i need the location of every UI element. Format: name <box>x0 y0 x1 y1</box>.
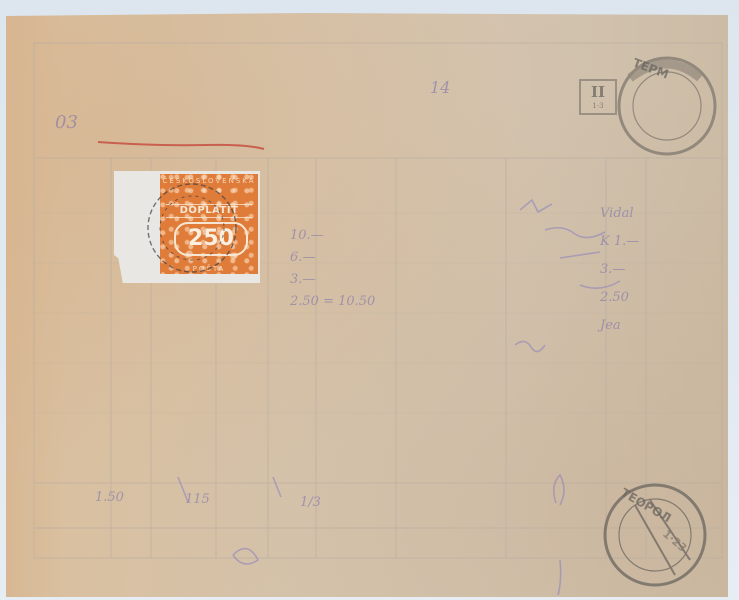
handwritten-row: Jea <box>600 312 639 340</box>
postage-due-stamp: ČESKOSLOVENSKÁ DOPLATIT 250 POŠTA <box>160 174 258 274</box>
handwritten-row: K 1.— <box>600 228 639 256</box>
handwritten-row: 2.50 = 10.50 <box>290 291 375 313</box>
handwritten-row: 3.— <box>290 269 375 291</box>
handwritten-row: 2.50 <box>600 284 639 312</box>
handwritten-bottom-3: 1/3 <box>300 495 321 510</box>
handwritten-middle-rows: 10.— 6.— 3.— 2.50 = 10.50 <box>290 225 375 313</box>
stamp-country-text: ČESKOSLOVENSKÁ <box>160 177 258 185</box>
stamp-word: DOPLATIT <box>166 204 252 218</box>
boxed-mark-numeral: II <box>591 83 605 101</box>
stamp-bottom-text: POŠTA <box>160 265 258 273</box>
handwritten-bottom-2: 115 <box>185 492 210 507</box>
handwritten-right-column: Vidal K 1.— 3.— 2.50 Jea <box>600 200 639 340</box>
handwritten-row: 3.— <box>600 256 639 284</box>
boxed-mark: II 1·3 <box>579 79 617 115</box>
stamp-value: 250 <box>174 222 248 256</box>
handwritten-top-left: 03 <box>55 112 78 133</box>
red-pencil-stroke <box>98 142 264 149</box>
boxed-mark-sub: 1·3 <box>581 103 615 109</box>
handwritten-row: Vidal <box>600 200 639 228</box>
handwritten-bottom-1: 1.50 <box>95 490 124 505</box>
handwritten-row: 10.— <box>290 225 375 247</box>
handwritten-top-mid: 14 <box>430 78 450 97</box>
handwritten-row: 6.— <box>290 247 375 269</box>
